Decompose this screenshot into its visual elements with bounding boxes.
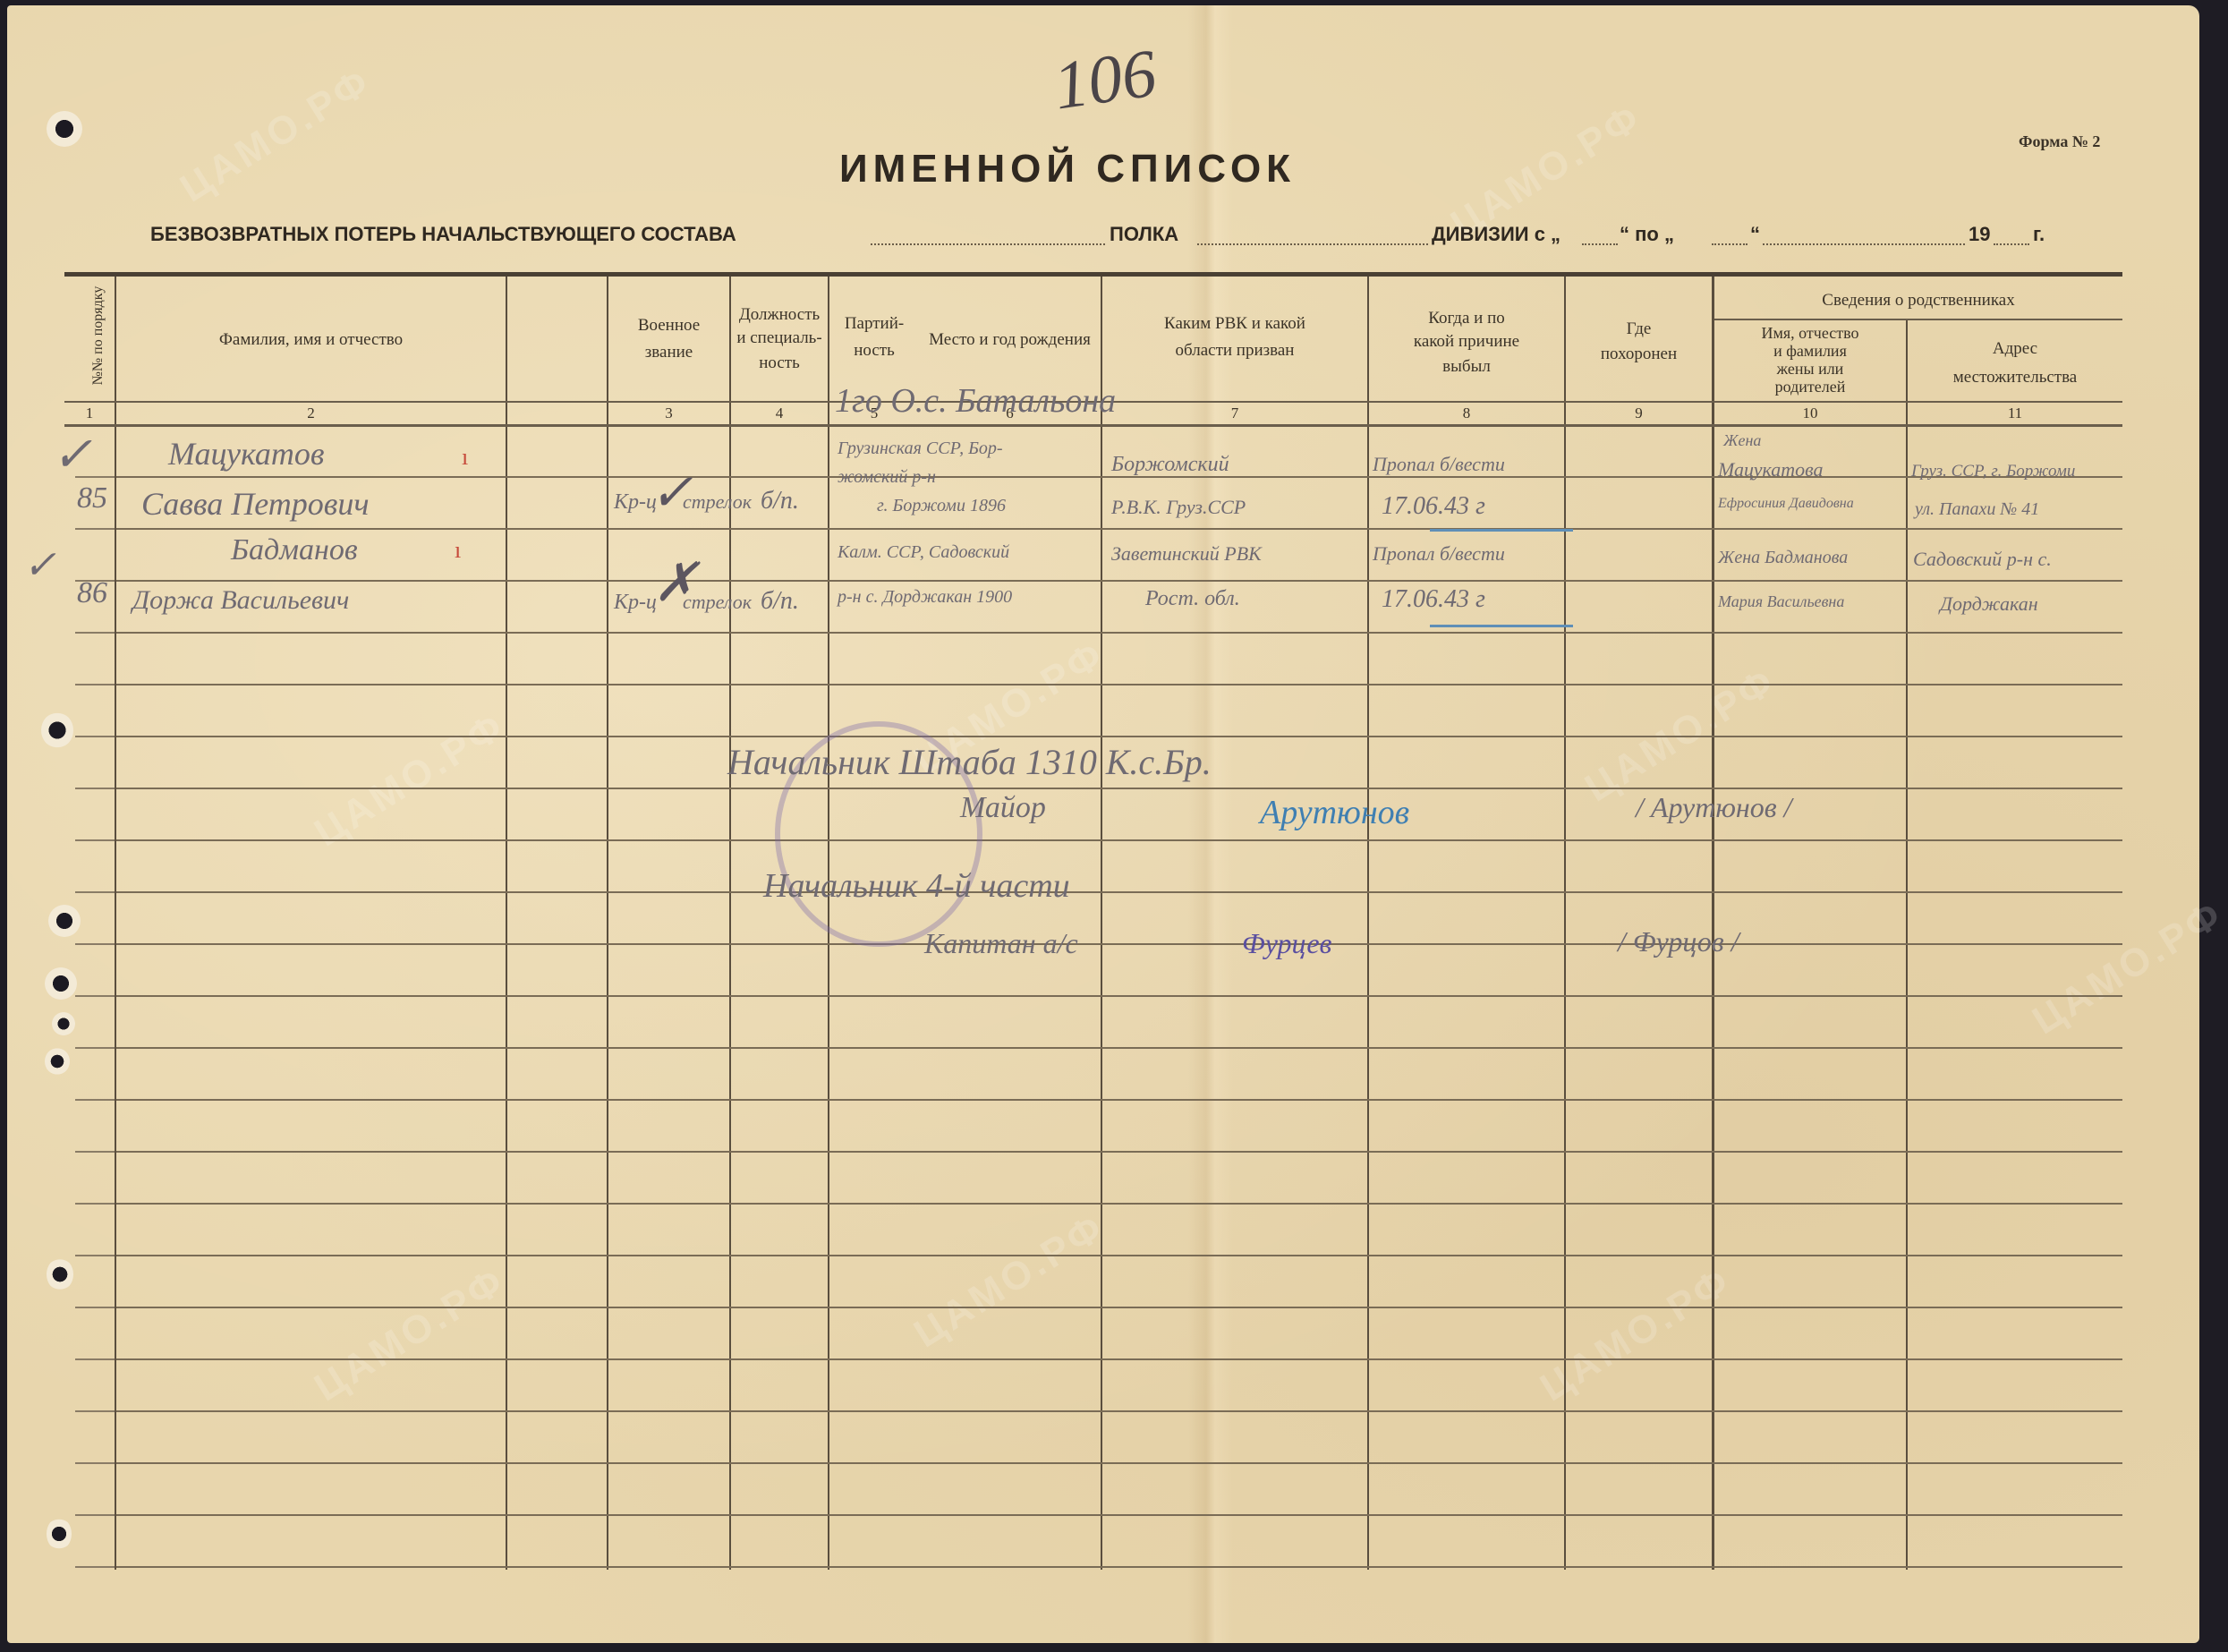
- punch-hole: [45, 1048, 70, 1075]
- form-number-label: Форма № 2: [2019, 132, 2100, 151]
- subtitle-year-prefix: 19: [1969, 223, 1990, 246]
- chief-of-staff-signature: Арутюнов: [1260, 793, 1409, 832]
- punch-hole: [47, 1258, 73, 1290]
- blank-field-month: [1763, 243, 1965, 245]
- blue-underline: [1430, 529, 1573, 532]
- birth-place-line: Грузинская ССР, Бор-: [838, 439, 1003, 459]
- punch-hole: [47, 1518, 72, 1550]
- rvk-line: Рост. обл.: [1145, 587, 1240, 611]
- position: стрелок: [683, 591, 752, 614]
- header-col-2: Фамилия, имя и отчество: [116, 329, 506, 350]
- header-col-4b: и специаль-: [731, 328, 828, 348]
- column-number: 9: [1566, 404, 1712, 422]
- blue-underline: [1430, 625, 1573, 627]
- row-number: 86: [77, 576, 107, 610]
- punch-hole: [47, 111, 82, 147]
- reason-date: 17.06.43 г: [1382, 492, 1485, 521]
- column-number: 8: [1369, 404, 1564, 422]
- document-title: ИМЕННОЙ СПИСОК: [839, 147, 1296, 192]
- header-col-10b: и фамилия: [1714, 342, 1906, 360]
- header-col-11b: местожительства: [1908, 367, 2122, 387]
- column-number: 3: [608, 404, 729, 422]
- column-number: 11: [1908, 404, 2122, 422]
- surname: Мацукатов: [168, 435, 325, 473]
- chief-4th-part-name: / Фурцов /: [1618, 925, 1739, 958]
- column-number: 7: [1102, 404, 1367, 422]
- chief-4th-part-signature: Фурцев: [1242, 927, 1331, 960]
- blank-field-regiment: [1197, 243, 1428, 245]
- party: б/п.: [761, 487, 799, 515]
- header-col-6: Место и год рождения: [919, 329, 1101, 350]
- name-patronymic: Доржа Васильевич: [132, 585, 349, 616]
- blank-field-year: [1994, 243, 2029, 245]
- column-number: 2: [116, 404, 506, 422]
- document-sheet: ЦАМО.РФ ЦАМО.РФ ЦАМО.РФ ЦАМО.РФ ЦАМО.РФ …: [7, 5, 2199, 1643]
- header-col-8c: выбыл: [1369, 356, 1564, 377]
- subtitle-quote: “: [1750, 223, 1760, 246]
- rvk-line: Боржомский: [1111, 453, 1229, 477]
- name-patronymic: Савва Петрович: [141, 485, 370, 523]
- position: стрелок: [683, 490, 752, 514]
- header-col-7a: Каким РВК и какой: [1102, 313, 1367, 334]
- header-col-8b: какой причине: [1369, 331, 1564, 352]
- reason-line: Пропал б/вести: [1373, 542, 1505, 566]
- address-line: Дорджакан: [1940, 592, 2038, 616]
- archive-number: 106: [1050, 34, 1161, 125]
- header-col-1: №№ по порядку: [90, 282, 106, 389]
- header-col-10c: жены или: [1714, 360, 1906, 378]
- row-check-mark: ✓: [52, 426, 92, 482]
- birth-place-line: г. Боржоми 1896: [877, 496, 1006, 516]
- header-col-8a: Когда и по: [1369, 308, 1564, 328]
- header-col-3a: Военное: [608, 315, 729, 336]
- header-col-4c: ность: [731, 353, 828, 373]
- header-col-10a: Имя, отчество: [1714, 324, 1906, 342]
- header-col-11a: Адрес: [1908, 338, 2122, 359]
- subtitle-losses: БЕЗВОЗВРАТНЫХ ПОТЕРЬ НАЧАЛЬСТВУЮЩЕГО СОС…: [150, 223, 736, 246]
- birth-place-line: жомский р-н: [838, 467, 936, 488]
- address-line: Груз. ССР, г. Боржоми: [1911, 462, 2075, 481]
- blank-field-date-to: [1712, 243, 1748, 245]
- red-mark: ı: [462, 444, 468, 471]
- address-line: ул. Папахи № 41: [1915, 499, 2039, 520]
- header-col-9b: похоронен: [1566, 344, 1712, 364]
- relative-line: Жена: [1723, 431, 1761, 450]
- chief-4th-part-rank: Капитан а/с: [924, 927, 1078, 960]
- subtitle-division: ДИВИЗИИ с „: [1432, 223, 1560, 246]
- relative-line: Мария Васильевна: [1718, 592, 1844, 611]
- relative-line: Ефросиния Давидовна: [1718, 496, 1854, 512]
- blank-field-date-from: [1582, 243, 1618, 245]
- header-col-7b: области призван: [1102, 340, 1367, 361]
- group-header-rule: [1714, 319, 2122, 320]
- relatives-group-header: Сведения о родственниках: [1714, 290, 2122, 311]
- reason-date: 17.06.43 г: [1382, 585, 1485, 614]
- column-number: 10: [1714, 404, 1906, 422]
- column-number: 4: [731, 404, 828, 422]
- birth-place-line: р-н с. Дорджакан 1900: [838, 587, 1012, 608]
- punch-hole: [52, 1012, 75, 1035]
- header-col-10d: родителей: [1714, 378, 1906, 396]
- address-line: Садовский р-н с.: [1913, 548, 2052, 571]
- rvk-line: Р.В.К. Груз.ССР: [1111, 496, 1246, 519]
- row-number: 85: [77, 481, 107, 515]
- punch-hole: [41, 712, 73, 748]
- rvk-line: Заветинский РВК: [1111, 542, 1262, 566]
- chief-of-staff-rank: Майор: [960, 791, 1046, 825]
- row-check-mark: ✓: [23, 542, 56, 588]
- chief-4th-part-title: Начальник 4-й части: [763, 866, 1070, 906]
- header-col-9a: Где: [1566, 319, 1712, 339]
- watermark: ЦАМО.РФ: [173, 59, 379, 211]
- header-col-5a: Партий-: [829, 313, 919, 334]
- header-col-3b: звание: [608, 342, 729, 362]
- party: б/п.: [761, 587, 799, 616]
- unit-annotation: 1го О.с. Батальона: [835, 381, 1116, 421]
- birth-place-line: Калм. ССР, Садовский: [838, 542, 1009, 563]
- subtitle-year-suffix: г.: [2033, 223, 2045, 246]
- surname: Бадманов: [231, 533, 358, 567]
- chief-of-staff-title: Начальник Штаба 1310 К.с.Бр.: [727, 741, 1212, 783]
- red-mark: ı: [455, 537, 461, 564]
- subtitle-to: “ по „: [1620, 223, 1674, 246]
- punch-hole: [45, 967, 77, 1000]
- relative-line: Мацукатова: [1718, 458, 1824, 481]
- chief-of-staff-name: / Арутюнов /: [1636, 791, 1792, 824]
- header-col-5b: ность: [829, 340, 919, 361]
- relative-line: Жена Бадманова: [1718, 548, 1848, 568]
- column-number: 1: [64, 404, 115, 422]
- subtitle-regiment: ПОЛКА: [1110, 223, 1178, 246]
- header-col-4a: Должность: [731, 304, 828, 325]
- reason-line: Пропал б/вести: [1373, 453, 1505, 476]
- blank-field-unit: [871, 243, 1105, 245]
- table-top-rule: [64, 272, 2122, 277]
- rank: Кр-ц: [614, 591, 657, 615]
